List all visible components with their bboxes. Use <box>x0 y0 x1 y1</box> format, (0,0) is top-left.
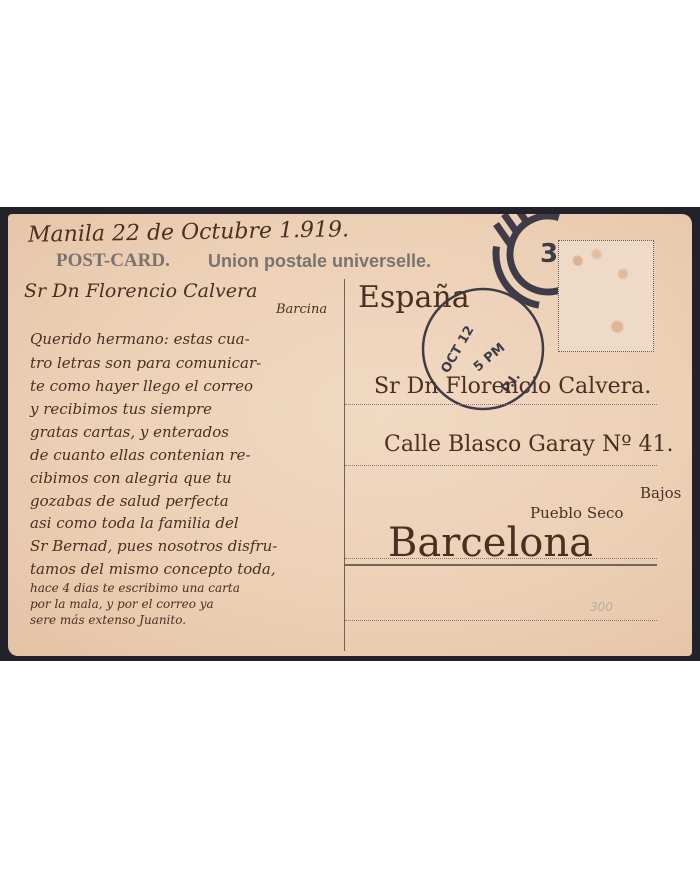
message-line: sere más extenso Juanito. <box>30 613 186 627</box>
address-underline <box>345 564 657 566</box>
message-line: y recibimos tus siempre <box>30 400 212 418</box>
address-street: Calle Blasco Garay Nº 41. <box>384 432 674 457</box>
message-line: asi como toda la familia del <box>30 514 239 532</box>
sender-note: Barcina <box>276 302 327 317</box>
pencil-note: 300 <box>590 600 613 614</box>
svg-text:3: 3 <box>540 239 558 269</box>
message-line: de cuanto ellas contenian re- <box>30 446 251 464</box>
stamp-placeholder-box <box>558 240 654 352</box>
address-line <box>345 465 657 466</box>
post-card-title: POST-CARD. <box>56 250 170 272</box>
message-line: por la mala, y por el correo ya <box>30 597 214 611</box>
message-line: cibimos con alegria que tu <box>30 469 232 487</box>
address-line <box>345 404 657 405</box>
message-line: gozabas de salud perfecta <box>30 492 229 510</box>
address-line <box>345 620 657 621</box>
postcard: Manila 22 de Octubre 1.919. POST-CARD. U… <box>8 214 692 656</box>
message-line: gratas cartas, y enterados <box>30 423 229 441</box>
address-city: Barcelona <box>388 520 593 566</box>
message-line: hace 4 dias te escribimo una carta <box>30 581 240 595</box>
message-line: te como hayer llego el correo <box>30 377 253 395</box>
message-line: tamos del mismo concepto toda, <box>30 560 276 578</box>
union-postale-text: Union postale universelle. <box>208 251 431 272</box>
dateline: Manila 22 de Octubre 1.919. <box>28 217 349 248</box>
svg-text:5 PM: 5 PM <box>471 340 508 375</box>
message-line: Sr Bernad, pues nosotros disfru- <box>30 537 277 555</box>
address-country: España <box>358 280 470 315</box>
message-line: tro letras son para comunicar- <box>30 354 261 372</box>
svg-text:OCT 12: OCT 12 <box>438 323 477 376</box>
address-line <box>345 558 657 559</box>
address-floor: Bajos <box>640 484 681 502</box>
sender-header: Sr Dn Florencio Calvera <box>24 280 257 302</box>
address-name: Sr Dn Florencio Calvera. <box>374 374 651 399</box>
message-line: Querido hermano: estas cua- <box>30 330 250 348</box>
